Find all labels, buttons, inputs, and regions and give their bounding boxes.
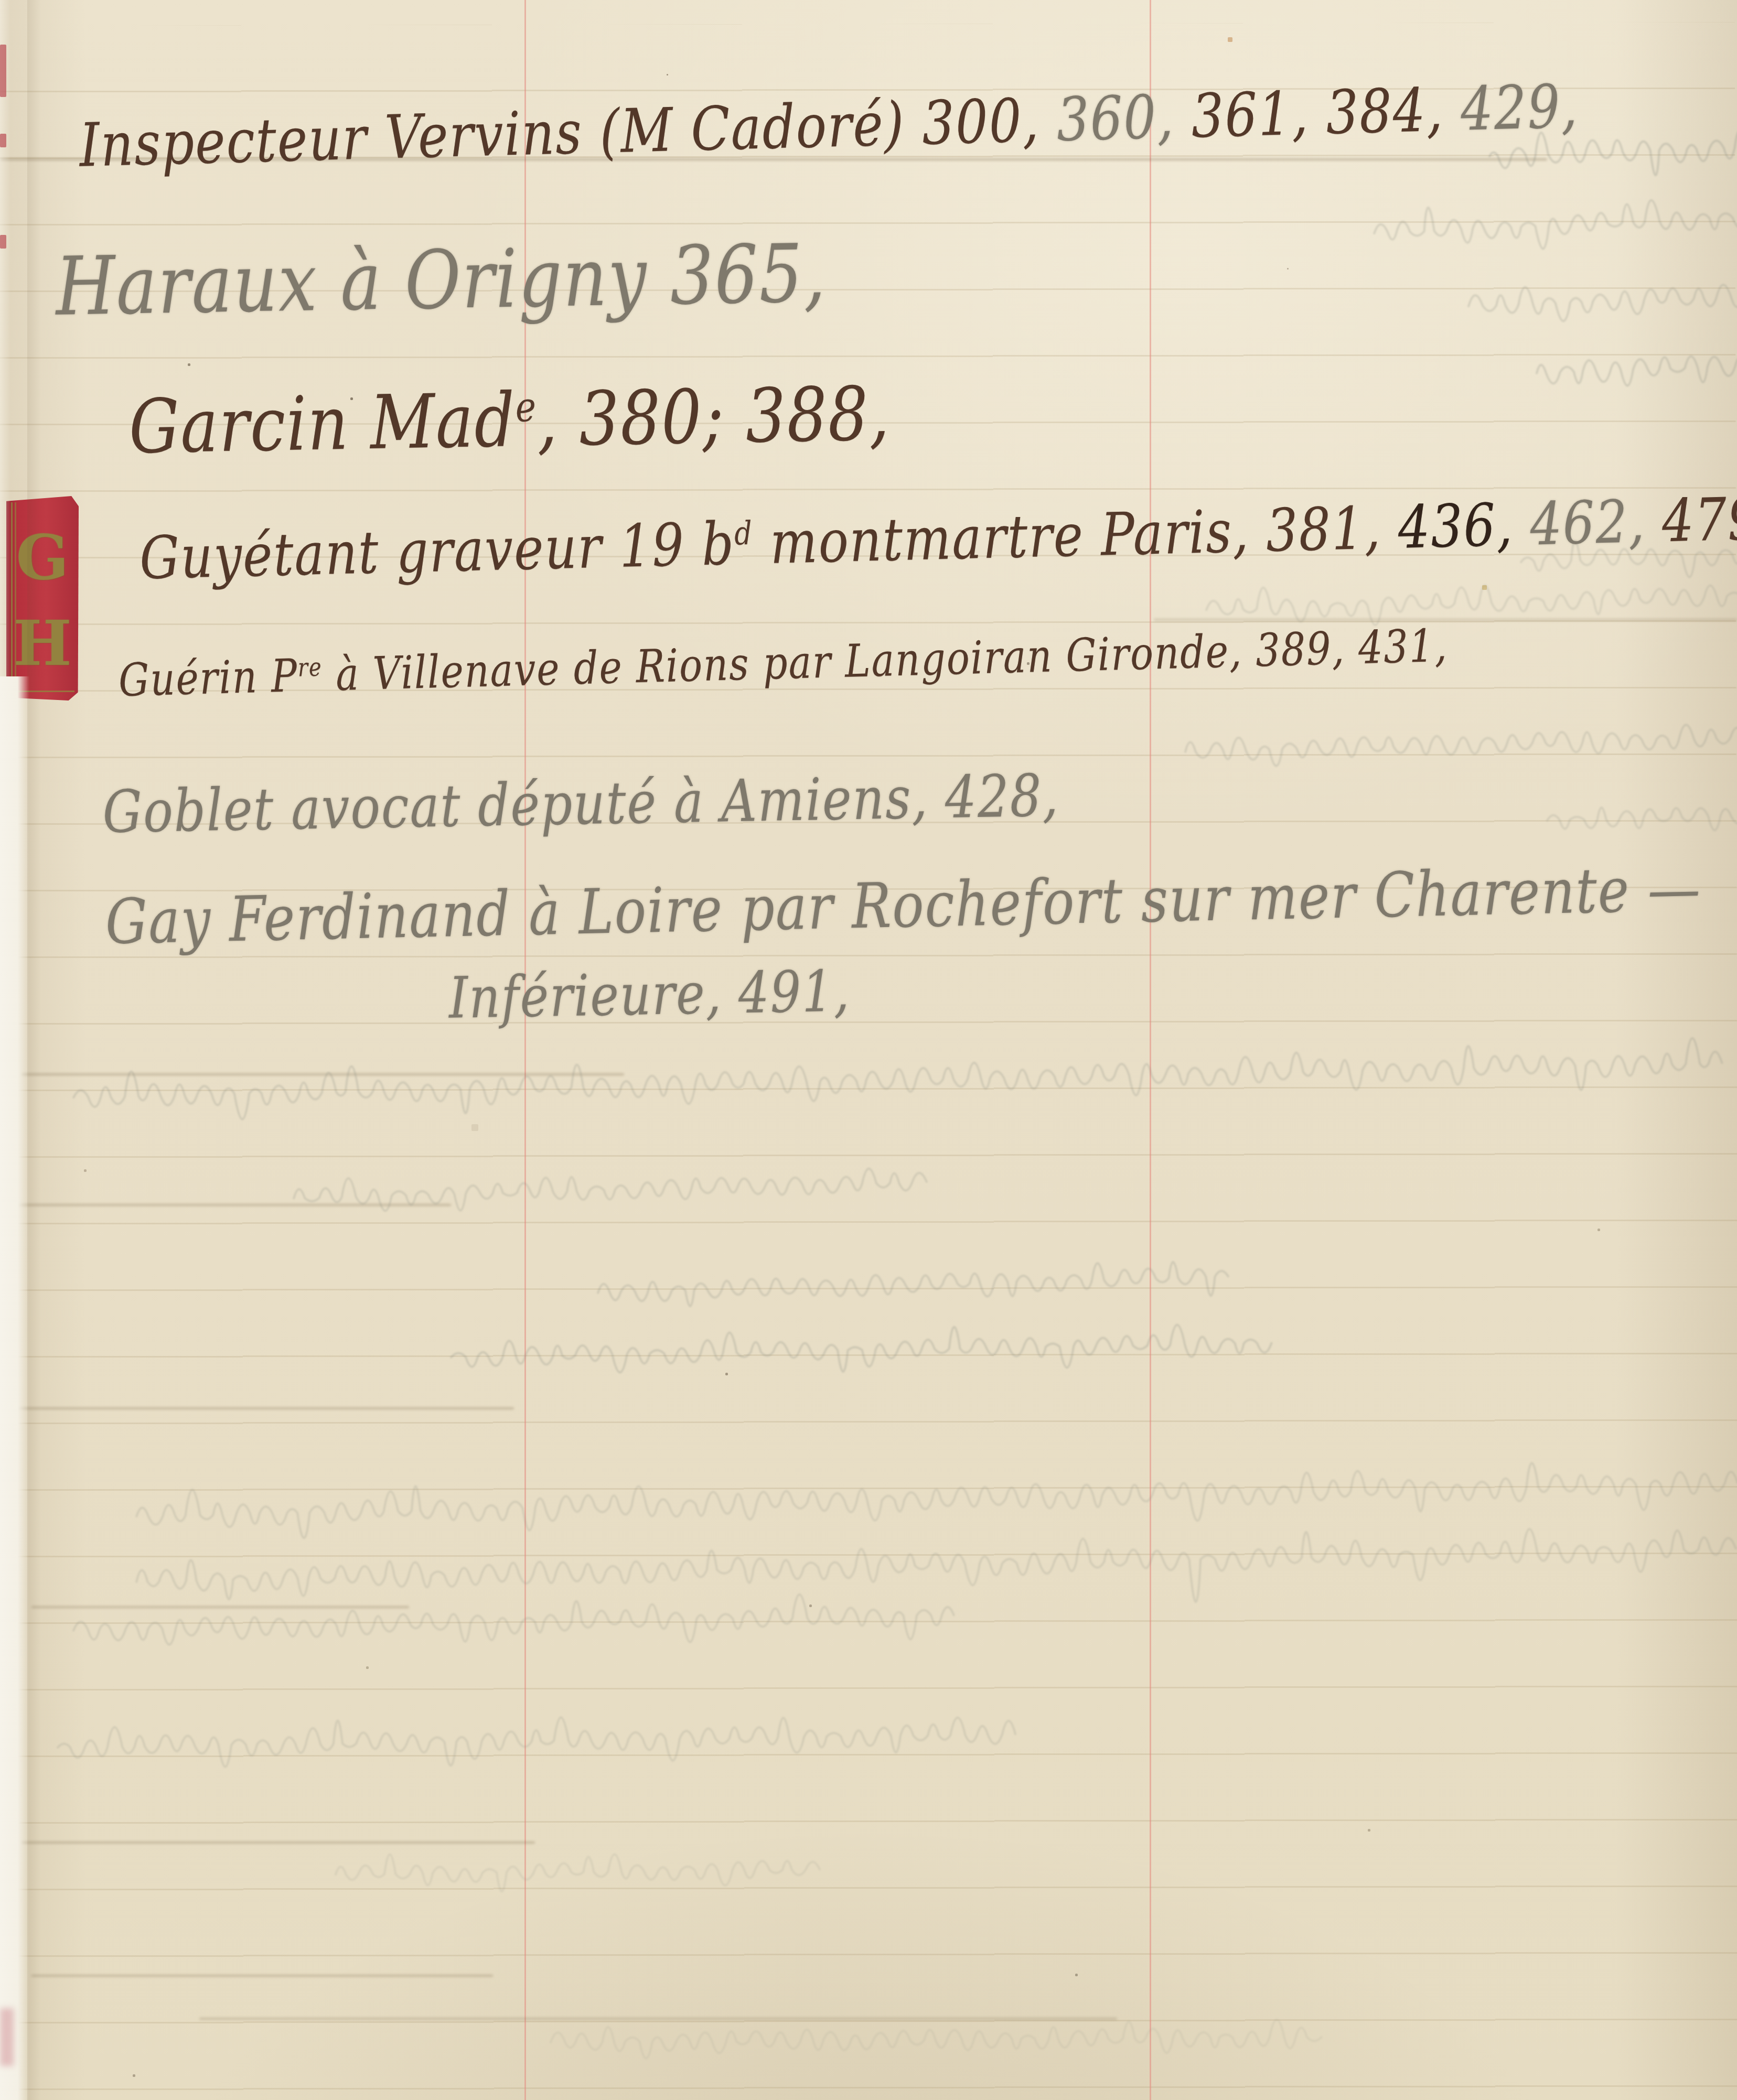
entry-segment: re	[297, 653, 323, 682]
entry-segment: 300,	[921, 85, 1057, 158]
entry-segment: 429,	[1460, 71, 1579, 144]
bleedthrough-trace	[1184, 703, 1736, 786]
entry-segment: Inspecteur Vervins (M Cadoré)	[79, 88, 923, 180]
page-edge-pink-smudge	[0, 2008, 14, 2066]
index-entry-guerin: Guérin Pre à Villenave de Rions par Lang…	[118, 623, 1449, 703]
index-entry-gay-ferdinand-cont: Inférieure, 491,	[448, 963, 851, 1027]
bleedthrough-trace	[73, 1022, 1721, 1138]
bleedthrough-trace	[1373, 180, 1737, 271]
page-edge-strip	[0, 676, 29, 2100]
entry-segment: 436,	[1397, 491, 1514, 562]
bleedthrough-trace	[73, 1578, 945, 1668]
paper-specks	[0, 0, 1, 1]
entry-segment: Garcin Mad	[128, 378, 517, 470]
bleedthrough-trace	[293, 1149, 914, 1232]
entry-segment: Guyétant graveur 19 b	[139, 510, 736, 593]
index-entry-goblet: Goblet avocat député à Amiens, 428,	[102, 767, 1059, 842]
entry-segment: Inférieure, 491,	[448, 958, 851, 1031]
ledger-page: Inspecteur Vervins (M Cadoré) 300, 360, …	[0, 0, 1737, 2100]
entry-segment: montmartre Paris, 381,	[753, 494, 1399, 578]
tab-letter-g: G	[6, 526, 79, 588]
entry-segment: Gay Ferdinand à Loire par Rochefort sur …	[105, 853, 1702, 959]
bleedthrough-trace	[335, 1838, 818, 1906]
index-entry-garcin: Garcin Made, 380; 388,	[128, 378, 891, 465]
page-edge-top	[0, 0, 10, 676]
rule-smudge	[31, 1975, 493, 1977]
entry-segment: 361, 384,	[1191, 74, 1462, 152]
index-entry-inspecteur-vervins: Inspecteur Vervins (M Cadoré) 300, 360, …	[79, 76, 1579, 175]
entry-segment: 462,	[1513, 488, 1646, 559]
entry-segment: 479,	[1644, 484, 1737, 556]
entry-segment: e	[515, 383, 538, 432]
rule-smudge	[0, 1407, 514, 1409]
bleedthrough-trace	[551, 2002, 1312, 2077]
bleedthrough-trace	[1535, 325, 1737, 414]
entry-segment: 360,	[1056, 81, 1192, 155]
index-tab-gh[interactable]: G H	[6, 496, 79, 701]
entry-segment: d	[734, 515, 753, 553]
entry-segment: Goblet avocat député à Amiens, 428,	[102, 762, 1060, 846]
entry-segment: Haraux à Origny 365,	[55, 226, 827, 333]
gutter-shadow	[27, 0, 41, 2100]
red-edge-fleck	[0, 235, 6, 249]
bleedthrough-trace	[451, 1308, 1270, 1392]
entry-segment: Guérin P	[118, 650, 299, 707]
bleedthrough-trace	[1546, 784, 1736, 852]
red-edge-fleck	[0, 45, 6, 97]
index-entry-haraux: Haraux à Origny 365,	[55, 233, 827, 327]
entry-segment: , 380; 388,	[537, 371, 891, 464]
entry-segment: à Villenave de Rions par Langoiran Giron…	[322, 620, 1449, 702]
red-edge-fleck	[0, 134, 6, 147]
tab-letter-h: H	[6, 612, 79, 674]
bleedthrough-trace	[57, 1696, 1013, 1785]
index-entry-gay-ferdinand: Gay Ferdinand à Loire par Rochefort sur …	[105, 858, 1702, 953]
